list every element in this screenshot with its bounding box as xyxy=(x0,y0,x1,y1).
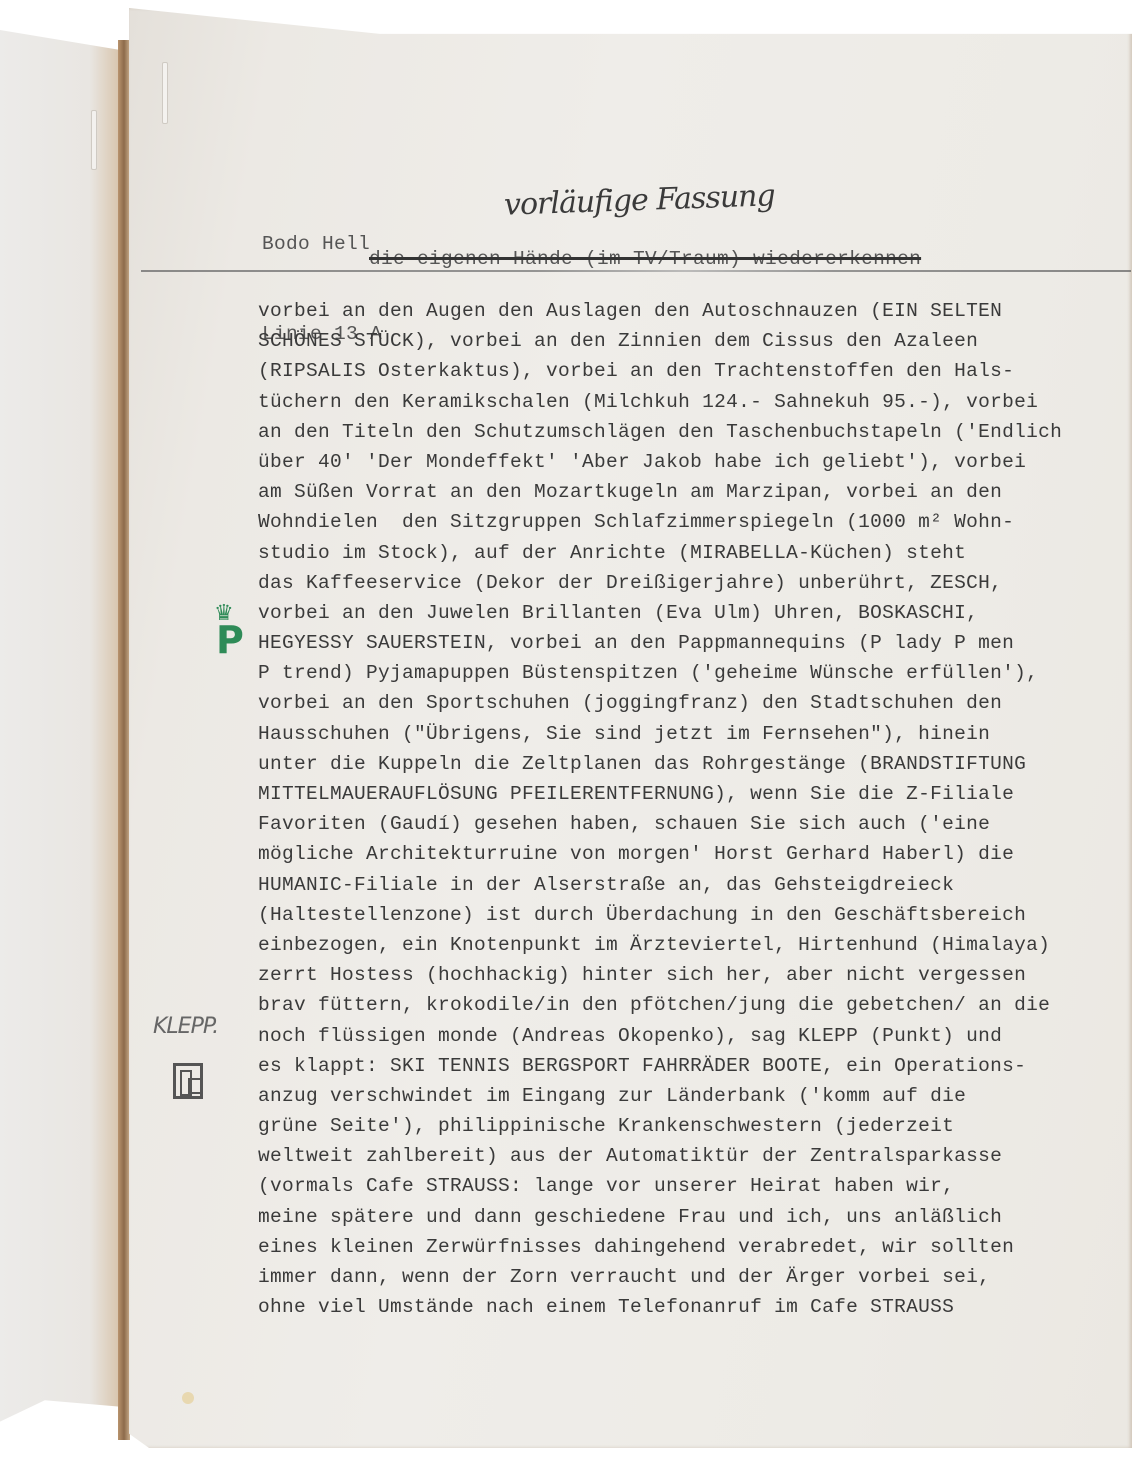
text-line: anzug verschwindet im Eingang zur Länder… xyxy=(258,1081,1062,1111)
text-line: unter die Kuppeln die Zeltplanen das Roh… xyxy=(258,749,1062,779)
text-line: Wohndielen den Sitzgruppen Schlafzimmers… xyxy=(258,507,1062,537)
horizontal-rule xyxy=(141,270,1131,272)
text-line: vorbei an den Sportschuhen (joggingfranz… xyxy=(258,688,1062,718)
text-line: (RIPSALIS Osterkaktus), vorbei an den Tr… xyxy=(258,356,1062,386)
text-line: eines kleinen Zerwürfnisses dahingehend … xyxy=(258,1232,1062,1262)
text-line: am Süßen Vorrat an den Mozartkugeln am M… xyxy=(258,477,1062,507)
text-line: noch flüssigen monde (Andreas Okopenko),… xyxy=(258,1021,1062,1051)
text-line: P trend) Pyjamapuppen Büstenspitzen ('ge… xyxy=(258,658,1062,688)
text-line: über 40' 'Der Mondeffekt' 'Aber Jakob ha… xyxy=(258,447,1062,477)
text-line: vorbei an den Augen den Auslagen den Aut… xyxy=(258,296,1062,326)
page-spine-edge xyxy=(118,40,130,1440)
text-line: mögliche Architekturruine von morgen' Ho… xyxy=(258,839,1062,869)
author-name: Bodo Hell xyxy=(262,229,382,259)
text-line: HEGYESSY SAUERSTEIN, vorbei an den Pappm… xyxy=(258,628,1062,658)
text-line: grüne Seite'), philippinische Krankensch… xyxy=(258,1111,1062,1141)
handwritten-note: vorläufige Fassung xyxy=(503,178,775,222)
typewritten-page: Bodo Hell Linie 13 A vorläufige Fassung … xyxy=(129,8,1132,1448)
body-text: vorbei an den Augen den Auslagen den Aut… xyxy=(258,296,1062,1322)
text-line: ohne viel Umstände nach einem Telefonanr… xyxy=(258,1292,1062,1322)
klepp-logo-icon xyxy=(173,1063,203,1099)
green-p-stamp: ♛ P xyxy=(212,603,246,661)
text-line: einbezogen, ein Knotenpunkt im Ärztevier… xyxy=(258,930,1062,960)
text-line: immer dann, wenn der Zorn verraucht und … xyxy=(258,1262,1062,1292)
text-line: meine spätere und dann geschiedene Frau … xyxy=(258,1202,1062,1232)
text-line: studio im Stock), auf der Anrichte (MIRA… xyxy=(258,538,1062,568)
text-line: Favoriten (Gaudí) gesehen haben, schauen… xyxy=(258,809,1062,839)
text-line: zerrt Hostess (hochhackig) hinter sich h… xyxy=(258,960,1062,990)
text-line: weltweit zahlbereit) aus der Automatiktü… xyxy=(258,1141,1062,1171)
text-line: das Kaffeeservice (Dekor der Dreißigerja… xyxy=(258,568,1062,598)
text-line: (Haltestellenzone) ist durch Überdachung… xyxy=(258,900,1062,930)
stamp-letter: P xyxy=(216,620,244,660)
paper-stain xyxy=(182,1392,194,1404)
text-line: vorbei an den Juwelen Brillanten (Eva Ul… xyxy=(258,598,1062,628)
staple-mark xyxy=(162,62,168,124)
staple-mark xyxy=(91,110,97,170)
text-line: es klappt: SKI TENNIS BERGSPORT FAHRRÄDE… xyxy=(258,1051,1062,1081)
left-page xyxy=(0,30,128,1450)
struck-subtitle: die eigenen Hände (im TV/Traum) wiederer… xyxy=(369,248,921,270)
text-line: SCHÖNES STÜCK), vorbei an den Zinnien de… xyxy=(258,326,1062,356)
klepp-handwritten-note: KLEPP. xyxy=(153,1014,218,1039)
text-line: MITTELMAUERAUFLÖSUNG PFEILERENTFERNUNG),… xyxy=(258,779,1062,809)
text-line: brav füttern, krokodile/in den pfötchen/… xyxy=(258,990,1062,1020)
text-line: HUMANIC-Filiale in der Alserstraße an, d… xyxy=(258,870,1062,900)
text-line: an den Titeln den Schutzumschlägen den T… xyxy=(258,417,1062,447)
text-line: tüchern den Keramikschalen (Milchkuh 124… xyxy=(258,387,1062,417)
text-line: (vormals Cafe STRAUSS: lange vor unserer… xyxy=(258,1171,1062,1201)
text-line: Hausschuhen ("Übrigens, Sie sind jetzt i… xyxy=(258,719,1062,749)
